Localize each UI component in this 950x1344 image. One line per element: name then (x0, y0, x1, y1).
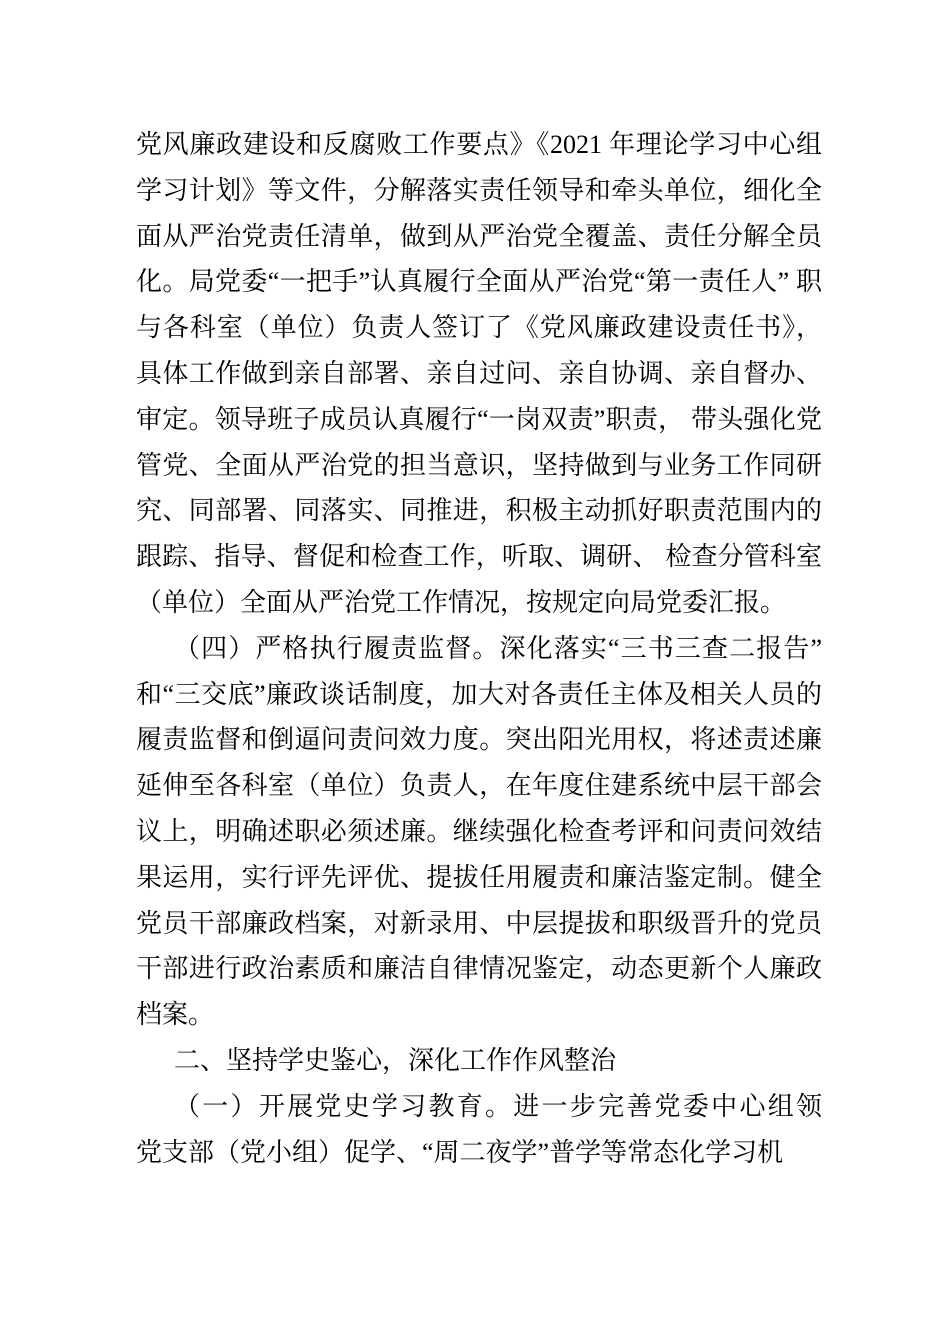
text-line: 履责监督和倒逼问责问效力度。突出阳光用权，将述责述廉 (136, 717, 822, 763)
text-line: 党风廉政建设和反腐败工作要点》《2021 年理论学习中心组 (136, 122, 822, 168)
text-line: 果运用，实行评先评优、提拔任用履责和廉洁鉴定制。健全 (136, 855, 822, 901)
text-line: 具体工作做到亲自部署、亲自过问、亲自协调、亲自督办、逐项 (136, 351, 822, 397)
text-line: 和“三交底”廉政谈话制度，加大对各责任主体及相关人员的 (136, 672, 822, 718)
text-line: 究、同部署、同落实、同推进，积极主动抓好职责范围内的 (136, 488, 822, 534)
text-line: 学习计划》等文件，分解落实责任领导和牵头单位，细化全 (136, 168, 822, 214)
text-line: 与各科室（单位）负责人签订了《党风廉政建设责任书》， (136, 305, 822, 351)
text-line: 化。局党委“一把手”认真履行全面从严治党“第一责任人” 职责， (136, 259, 822, 305)
text-line: 干部进行政治素质和廉洁自律情况鉴定，动态更新个人廉政 (136, 946, 822, 992)
text-line: 二、坚持学史鉴心，深化工作作风整治 (136, 1038, 822, 1084)
document-page: 党风廉政建设和反腐败工作要点》《2021 年理论学习中心组学习计划》等文件，分解… (0, 0, 950, 1344)
document-text-block: 党风廉政建设和反腐败工作要点》《2021 年理论学习中心组学习计划》等文件，分解… (136, 122, 822, 1175)
text-line: 党员干部廉政档案，对新录用、中层提拔和职级晋升的党员 (136, 901, 822, 947)
text-line: （单位）全面从严治党工作情况，按规定向局党委汇报。 (136, 580, 822, 626)
text-line: 延伸至各科室（单位）负责人，在年度住建系统中层干部会 (136, 763, 822, 809)
text-line: 档案。 (136, 992, 822, 1038)
text-line: 党支部（党小组）促学、“周二夜学”普学等常态化学习机制， (136, 1130, 822, 1176)
text-line: 跟踪、指导、督促和检查工作，听取、调研、 检查分管科室 (136, 534, 822, 580)
text-line: 审定。领导班子成员认真履行“一岗双责”职责， 带头强化党要 (136, 397, 822, 443)
text-line: 管党、全面从严治党的担当意识，坚持做到与业务工作同研 (136, 443, 822, 489)
text-line: 面从严治党责任清单，做到从严治党全覆盖、责任分解全员 (136, 214, 822, 260)
text-line: （一）开展党史学习教育。进一步完善党委中心组领学、 (136, 1084, 822, 1130)
text-line: （四）严格执行履责监督。深化落实“三书三查二报告” (136, 626, 822, 672)
text-line: 议上，明确述职必须述廉。继续强化检查考评和问责问效结 (136, 809, 822, 855)
